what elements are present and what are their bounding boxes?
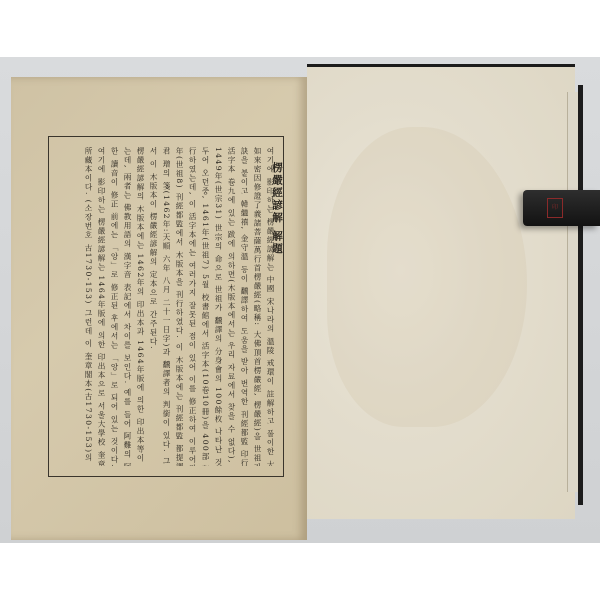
seal-mark-icon: 印	[547, 198, 563, 218]
text-column: 訣을 붙이고 韓繼禧, 金守溫 등이 飜譯하여 도움을 받아 번역한 刊經都監 …	[239, 147, 249, 466]
page-title: 楞嚴經諺解 解題	[270, 162, 285, 255]
water-stain	[327, 127, 527, 427]
text-column: 行하였는데, 이 活字本에는 여러가지 잘못된 점이 있어 이를 修正하여 이루…	[187, 147, 197, 466]
text-frame: 여기에 影印하는 楞嚴經諺解는 中國 宋나라의 溫陵 戒環이 註解하고 풀이한 …	[48, 136, 284, 477]
left-page: 여기에 影印하는 楞嚴經諺解는 中國 宋나라의 溫陵 戒環이 註解하고 풀이한 …	[11, 77, 307, 540]
text-column: 君 璔의 箋(1462年:天順 六年 八月 二十一日字)과 飜譯者의 判銜이 있…	[161, 147, 171, 466]
text-column: 1449年(世宗31) 世宗의 命으로 世祖가 飜譯의 分身會의 100餘枚 나…	[213, 147, 223, 466]
text-column: 는데, 兩者는 佛教用語의 漢字音 表記에서 차이를 보인다. 예를 들어 阿難…	[122, 147, 132, 466]
book-cover-edge	[578, 85, 583, 505]
text-column: 如來密因修證了義諸菩薩萬行首楞嚴經(略稱: 大佛頂首楞嚴經, 楞嚴經)을 世祖가…	[252, 147, 262, 466]
binder-clip: 印	[523, 190, 600, 226]
right-page	[307, 64, 575, 519]
text-column: 여기에 影印하는 楞嚴經諺解는 1464年版에 의한 印出本으로 서울大學校 奎…	[96, 147, 106, 466]
text-column: 한 讀音이 修正 前에는 「앙」로 修正된 후에서는 「앙」로 되어 있는 것이…	[109, 147, 119, 466]
text-column: 活字本 卷九에 있는 跋에 의하면(木版本에서는 우리 자료에서 찾을 수 없다…	[226, 147, 236, 466]
text-column: 두어 오던중, 1461年(世祖7) 5월 校書館에서 活字本(10卷10冊)을…	[200, 147, 210, 466]
text-column: 楞嚴經諺解의 木版本에는 1462年의 印出本과 1464年版에 의한 印出本等…	[135, 147, 145, 466]
text-column: 서 이 木版本이 楞嚴經諺解의 定本으로 간주된다.	[148, 147, 158, 466]
text-column: 年(世祖8) 刊經都監에서 木版本을 刊行하였다. 이 木版本에는 刊經都監 都…	[174, 147, 184, 466]
text-column: 所藏本이다. (소장번호 古1730-153) 그런데 이 奎章閣本(古1730…	[83, 147, 93, 466]
text-columns: 여기에 影印하는 楞嚴經諺解는 中國 宋나라의 溫陵 戒環이 註解하고 풀이한 …	[57, 147, 275, 466]
